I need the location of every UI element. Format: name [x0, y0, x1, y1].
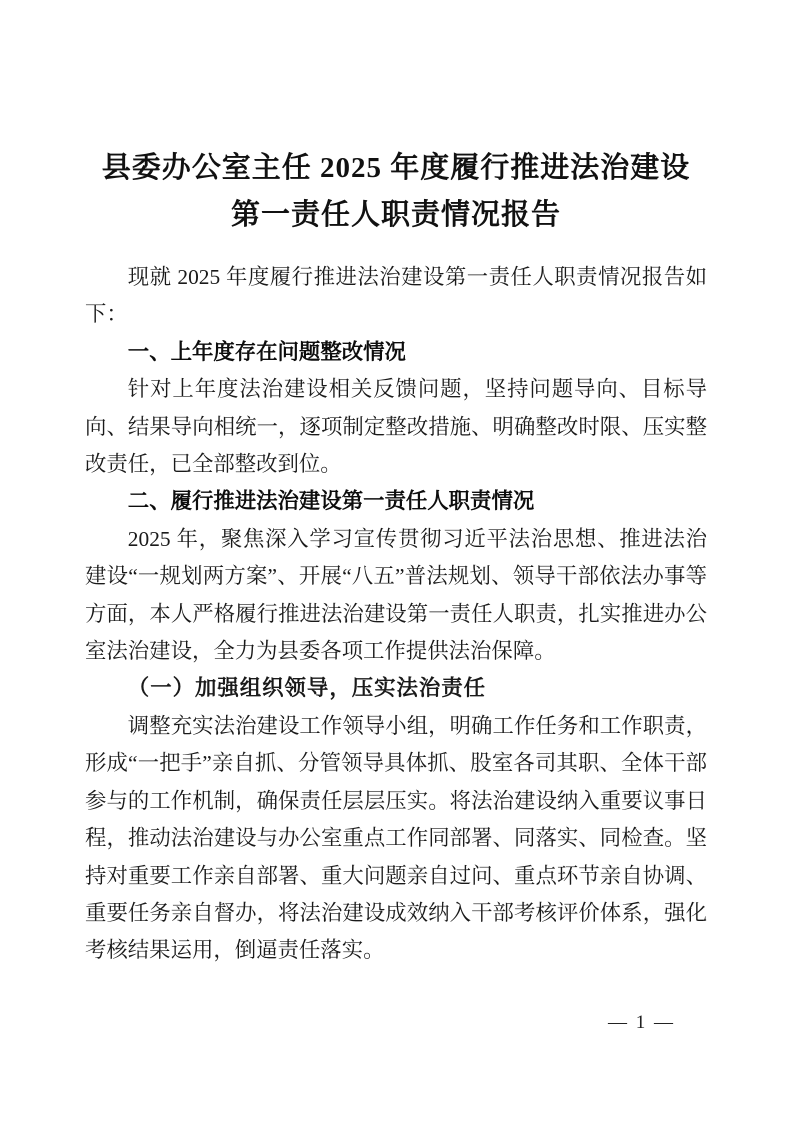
document-title: 县委办公室主任 2025 年度履行推进法治建设 第一责任人职责情况报告 — [85, 145, 707, 239]
document-title-line-1: 县委办公室主任 2025 年度履行推进法治建设 — [85, 145, 707, 192]
document-title-line-2: 第一责任人职责情况报告 — [85, 192, 707, 239]
intro-paragraph: 现就 2025 年度履行推进法治建设第一责任人职责情况报告如下： — [85, 259, 707, 334]
page-number: — 1 — — [608, 1008, 675, 1038]
section-2-paragraph: 2025 年，聚焦深入学习宣传贯彻习近平法治思想、推进法治建设“一规划两方案”、… — [85, 521, 707, 671]
subsection-heading-2-1: （一）加强组织领导，压实法治责任 — [85, 670, 707, 707]
section-heading-1: 一、上年度存在问题整改情况 — [85, 334, 707, 371]
document-body: 现就 2025 年度履行推进法治建设第一责任人职责情况报告如下： 一、上年度存在… — [85, 259, 707, 970]
section-heading-2: 二、履行推进法治建设第一责任人职责情况 — [85, 483, 707, 520]
document-page: 县委办公室主任 2025 年度履行推进法治建设 第一责任人职责情况报告 现就 2… — [0, 0, 793, 1122]
subsection-2-1-paragraph: 调整充实法治建设工作领导小组，明确工作任务和工作职责，形成“一把手”亲自抓、分管… — [85, 708, 707, 970]
section-1-paragraph: 针对上年度法治建设相关反馈问题，坚持问题导向、目标导向、结果导向相统一，逐项制定… — [85, 371, 707, 483]
